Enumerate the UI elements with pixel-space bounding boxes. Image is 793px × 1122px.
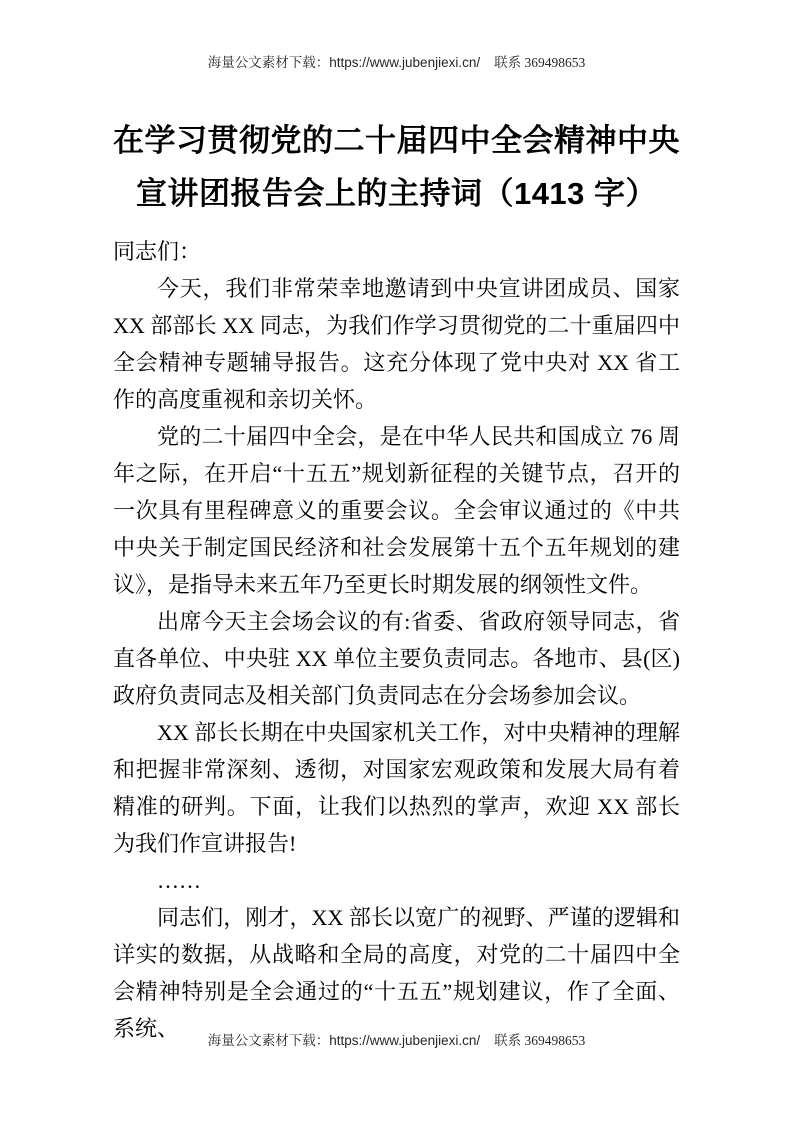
document-body: 同志们：今天，我们非常荣幸地邀请到中央宣讲团成员、国家 XX 部部长 XX 同志… xyxy=(113,233,680,1047)
paragraph: 出席今天主会场会议的有:省委、省政府领导同志，省直各单位、中央驻 XX 单位主要… xyxy=(113,603,680,714)
document-page: 海量公文素材下载：https://www.jubenjiexi.cn/联系 36… xyxy=(0,0,793,1122)
footer-url-text: https://www.jubenjiexi.cn/ xyxy=(329,1033,480,1048)
header-source-label: 海量公文素材下载： xyxy=(208,55,330,70)
paragraph: 今天，我们非常荣幸地邀请到中央宣讲团成员、国家 XX 部部长 XX 同志，为我们… xyxy=(113,270,680,418)
footer-contact-text: 联系 369498653 xyxy=(494,1033,585,1048)
document-title-line-1: 在学习贯彻党的二十届四中全会精神中央 xyxy=(113,114,680,167)
paragraph: XX 部长长期在中央国家机关工作，对中央精神的理解和把握非常深刻、透彻，对国家宏… xyxy=(113,714,680,862)
document-title: 在学习贯彻党的二十届四中全会精神中央 宣讲团报告会上的主持词（1413 字） xyxy=(113,114,680,220)
paragraph: 同志们，刚才，XX 部长以宽广的视野、严谨的逻辑和详实的数据，从战略和全局的高度… xyxy=(113,899,680,1047)
paragraph: …… xyxy=(113,862,680,899)
paragraph: 同志们： xyxy=(113,233,680,270)
page-footer: 海量公文素材下载：https://www.jubenjiexi.cn/联系 36… xyxy=(0,1032,793,1050)
header-url-text: https://www.jubenjiexi.cn/ xyxy=(329,55,480,70)
footer-source-label: 海量公文素材下载： xyxy=(208,1033,330,1048)
paragraph: 党的二十届四中全会，是在中华人民共和国成立 76 周年之际，在开启“十五五”规划… xyxy=(113,418,680,603)
header-contact-text: 联系 369498653 xyxy=(494,55,585,70)
document-title-line-2: 宣讲团报告会上的主持词（1413 字） xyxy=(113,167,680,220)
page-header: 海量公文素材下载：https://www.jubenjiexi.cn/联系 36… xyxy=(0,54,793,72)
